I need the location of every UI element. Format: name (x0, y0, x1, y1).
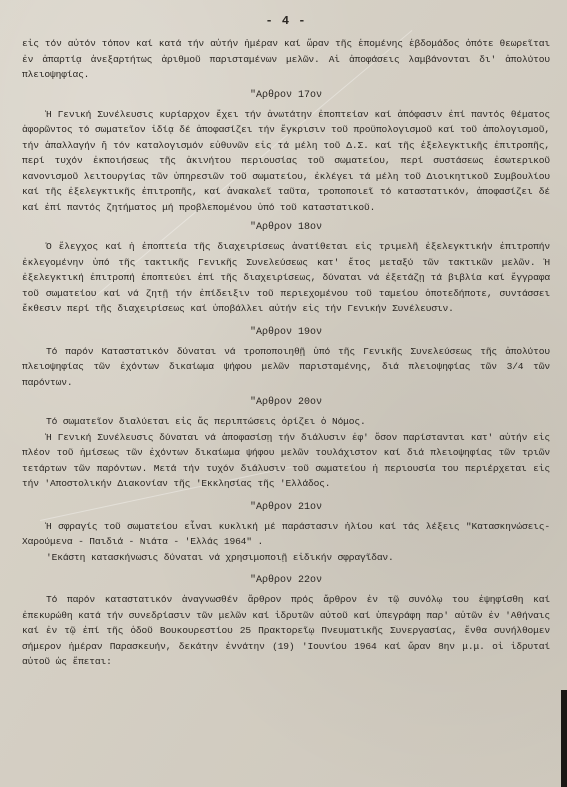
continuation-paragraph: εἰς τόν αὐτόν τόπον καί κατά τήν αὐτήν ἡ… (22, 36, 550, 83)
article-22-text: Τό παρόν καταστατικόν ἀναγνωσθέν ἄρθρον … (22, 592, 550, 670)
article-20-text-2: Ἡ Γενική Συνέλευσις δύναται νά ἀποφασίσῃ… (22, 430, 550, 492)
article-21-heading: "Αρθρον 21ον (22, 502, 550, 513)
article-20-text-1: Τό σωματεῖον διαλύεται εἰς ἅς περιπτώσει… (22, 414, 550, 430)
article-22-heading: "Αρθρον 22ον (22, 575, 550, 586)
article-17-heading: "Αρθρον 17ον (22, 90, 550, 101)
article-19-text: Τό παρόν Καταστατικόν δύναται νά τροποπο… (22, 344, 550, 391)
page-number: - 4 - (22, 14, 550, 28)
article-18-text: Ὁ ἔλεγχος καί ἡ ἐποπτεία τῆς διαχειρίσεω… (22, 239, 550, 317)
article-17-text: Ἡ Γενική Συνέλευσις κυρίαρχον ἔχει τήν ἀ… (22, 107, 550, 216)
article-18-heading: "Αρθρον 18ον (22, 222, 550, 233)
article-21-text-2: 'Εκάστη κατασκήνωσις δύναται νά χρησιμοπ… (22, 550, 550, 566)
article-21-text-1: Ἡ σφραγίς τοῦ σωματείου εἶναι κυκλική μέ… (22, 519, 550, 550)
article-19-heading: "Αρθρον 19ον (22, 327, 550, 338)
torn-page-edge (561, 690, 567, 787)
document-page: - 4 - εἰς τόν αὐτόν τόπον καί κατά τήν α… (22, 14, 550, 670)
article-20-heading: "Αρθρον 20ον (22, 397, 550, 408)
